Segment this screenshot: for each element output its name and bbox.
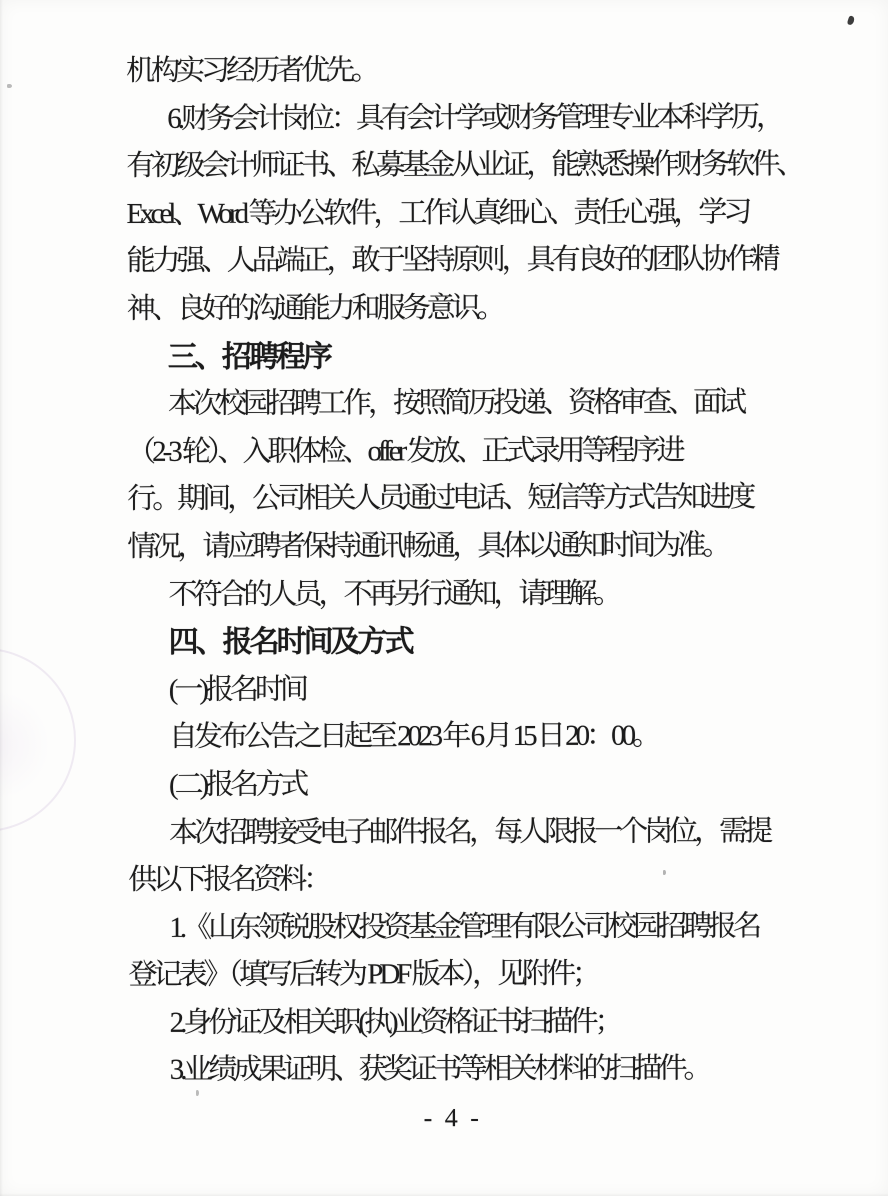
- stamp-ghost-artifact: [0, 648, 76, 832]
- document-line: 本次招聘接受电子邮件报名，每人限报一个岗位，需提: [128, 808, 776, 857]
- section-heading: 三、招聘程序: [127, 332, 775, 381]
- document-line: 自发布公告之日起至 2023 年 6 月 15 日 20：00。: [128, 713, 776, 762]
- document-line: 神、良好的沟通能力和服务意识。: [127, 284, 775, 333]
- document-line: (一)报名时间: [128, 665, 776, 714]
- stamp-ghost-smudge: [0, 690, 50, 800]
- document-line: 机构实习经历者优先。: [126, 46, 774, 95]
- page-edge-shadow: [0, 0, 3, 1196]
- document-line: Excel、Word 等办公软件，工作认真细心、责任心强，学习: [126, 189, 774, 238]
- document-line: 6.财务会计岗位：具有会计学或财务管理专业本科学历，: [126, 94, 774, 143]
- document-line: （2-3 轮）、入职体检、offer 发放、正式录用等程序进: [127, 427, 775, 476]
- scan-speck: [7, 84, 12, 88]
- document-line: 2.身份证及相关职(执)业资格证书扫描件；: [128, 998, 776, 1047]
- section-heading: 四、报名时间及方式: [127, 617, 775, 666]
- document-line: 行。期间，公司相关人员通过电话、短信等方式告知进度: [127, 475, 775, 524]
- document-line: 不符合的人员，不再另行通知，请理解。: [127, 570, 775, 619]
- document-line: 登记表》（填写后转为 PDF 版本），见附件；: [128, 951, 776, 1000]
- document-line: 有初级会计师证书、私募基金从业证，能熟悉操作财务软件、: [126, 141, 774, 190]
- document-line: 1.《山东领锐股权投资基金管理有限公司校园招聘报名: [128, 903, 776, 952]
- document-line: 本次校园招聘工作，按照简历投递、资格审查、面试: [127, 379, 775, 428]
- document-body: 机构实习经历者优先。6.财务会计岗位：具有会计学或财务管理专业本科学历，有初级会…: [126, 46, 777, 1142]
- document-line: 供以下报名资料：: [128, 855, 776, 904]
- document-line: 情况，请应聘者保持通讯畅通，具体以通知时间为准。: [127, 522, 775, 571]
- page-number: - 4 -: [129, 1093, 777, 1142]
- scan-speck: [847, 15, 855, 25]
- scanned-document-page: 机构实习经历者优先。6.财务会计岗位：具有会计学或财务管理专业本科学历，有初级会…: [0, 0, 888, 1196]
- document-line: (二)报名方式: [128, 760, 776, 809]
- document-line: 能力强、人品端正，敢于坚持原则，具有良好的团队协作精: [126, 237, 774, 286]
- document-line: 3.业绩成果证明、获奖证书等相关材料的扫描件。: [129, 1046, 777, 1095]
